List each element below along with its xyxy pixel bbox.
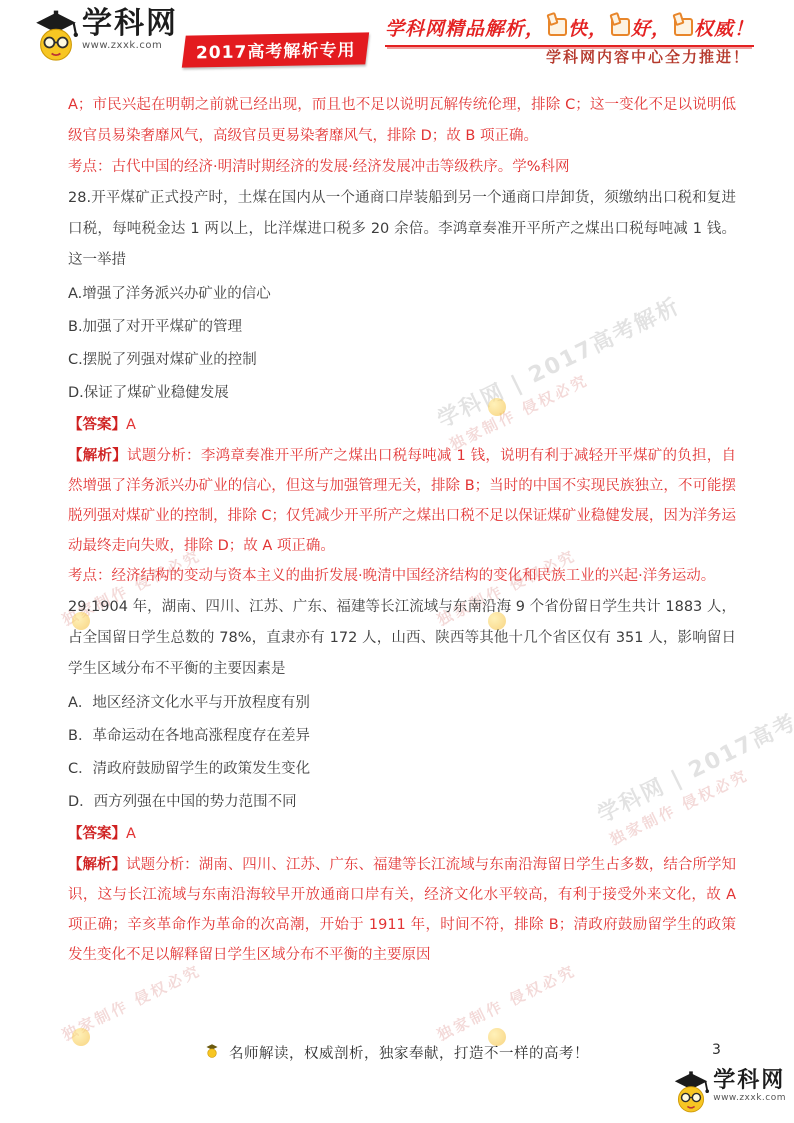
prev-question-analysis: A；市民兴起在明朝之前就已经出现，而且也不足以说明瓦解传统伦理，排除 C；这一变…: [68, 90, 736, 152]
analysis-label: 【解析】: [68, 857, 126, 873]
site-url: www.zxxk.com: [713, 1093, 786, 1103]
site-name: 学科网: [713, 1069, 786, 1093]
question-28-option-b: B.加强了对开平煤矿的管理: [68, 311, 736, 344]
zxxk-mascot-icon: [34, 8, 78, 70]
page-number: 3: [712, 1042, 721, 1058]
question-29-option-b: B．革命运动在各地高涨程度存在差异: [68, 720, 736, 753]
question-28-analysis: 【解析】试题分析：李鸿章奏准开平所产之煤出口税每吨减 1 钱，说明有利于减轻开平…: [68, 441, 736, 561]
question-29-option-c: C．清政府鼓励留学生的政策发生变化: [68, 753, 736, 786]
prev-question-kaodian: 考点：古代中国的经济·明清时期经济的发展·经济发展冲击等级秩序。学%科网: [68, 152, 736, 183]
watermark-notice: 独家制作 侵权必究: [59, 960, 205, 1046]
slogan-text: 权威！: [694, 18, 754, 40]
watermark-notice: 独家制作 侵权必究: [434, 960, 580, 1046]
edition-banner: 2017高考解析专用: [182, 32, 370, 67]
analysis-text: 试题分析：李鸿章奏准开平所产之煤出口税每吨减 1 钱，说明有利于减轻开平煤矿的负…: [68, 448, 736, 554]
footer: 名师解读，权威剖析，独家奉献，打造不一样的高考！: [205, 1042, 589, 1063]
footer-slogan: 名师解读，权威剖析，独家奉献，打造不一样的高考！: [229, 1042, 589, 1063]
analysis-text: 试题分析：湖南、四川、江苏、广东、福建等长江流域与东南沿海留日学生占多数，结合所…: [68, 857, 736, 963]
answer-label: 【答案】: [68, 826, 126, 842]
watermark: 独家制作 侵权必究: [433, 958, 580, 1045]
question-28-kaodian: 考点：经济结构的变动与资本主义的曲折发展·晚清中国经济结构的变化和民族工业的兴起…: [68, 561, 736, 592]
slogan-text: 好，: [631, 18, 671, 40]
document-body: A；市民兴起在明朝之前就已经出现，而且也不足以说明瓦解传统伦理，排除 C；这一变…: [68, 90, 736, 970]
thumbs-up-icon: [548, 18, 567, 36]
slogan-text: 学科网精品解析，: [385, 18, 545, 40]
answer-value: A: [126, 826, 136, 842]
page-header: 学科网 www.zxxk.com 2017高考解析专用 学科网精品解析，快，好，…: [0, 0, 794, 80]
footer-mascot-icon: [205, 1043, 219, 1063]
site-name: 学科网: [82, 8, 178, 40]
question-28-answer: 【答案】A: [68, 410, 736, 441]
answer-value: A: [126, 417, 136, 433]
zxxk-logo: 学科网 www.zxxk.com: [34, 8, 178, 70]
question-29-option-d: D．西方列强在中国的势力范围不同: [68, 786, 736, 819]
watermark: 独家制作 侵权必究: [58, 958, 205, 1045]
zxxk-mascot-icon: [673, 1069, 709, 1121]
question-28-option-a: A.增强了洋务派兴办矿业的信心: [68, 278, 736, 311]
question-28-option-c: C.摆脱了列强对煤矿业的控制: [68, 344, 736, 377]
question-29-option-a: A．地区经济文化水平与开放程度有别: [68, 687, 736, 720]
zxxk-logo-bottom: 学科网 www.zxxk.com: [673, 1069, 786, 1121]
header-slogan: 学科网精品解析，快，好，权威！: [385, 14, 754, 47]
analysis-label: 【解析】: [68, 448, 127, 464]
question-28-stem: 28.开平煤矿正式投产时，土煤在国内从一个通商口岸装船到另一个通商口岸卸货，须缴…: [68, 183, 736, 276]
site-url: www.zxxk.com: [82, 40, 178, 51]
edition-banner-label: 2017高考解析专用: [196, 36, 356, 64]
exam-analysis-page: 学科网 | 2017高考解析 独家制作 侵权必究 独家制作 侵权必究 独家制作 …: [0, 0, 794, 1123]
slogan-text: 快，: [568, 18, 608, 40]
question-28-option-d: D.保证了煤矿业稳健发展: [68, 377, 736, 410]
thumbs-up-icon: [611, 18, 630, 36]
question-29-stem: 29.1904 年，湖南、四川、江苏、广东、福建等长江流域与东南沿海 9 个省份…: [68, 592, 736, 685]
thumbs-up-icon: [674, 18, 693, 36]
watermark-mascot-icon: [72, 1028, 90, 1046]
header-sub-slogan: 学科网内容中心全力推进！: [546, 46, 750, 67]
answer-label: 【答案】: [68, 417, 126, 433]
question-29-answer: 【答案】A: [68, 819, 736, 850]
question-29-analysis: 【解析】试题分析：湖南、四川、江苏、广东、福建等长江流域与东南沿海留日学生占多数…: [68, 850, 736, 970]
